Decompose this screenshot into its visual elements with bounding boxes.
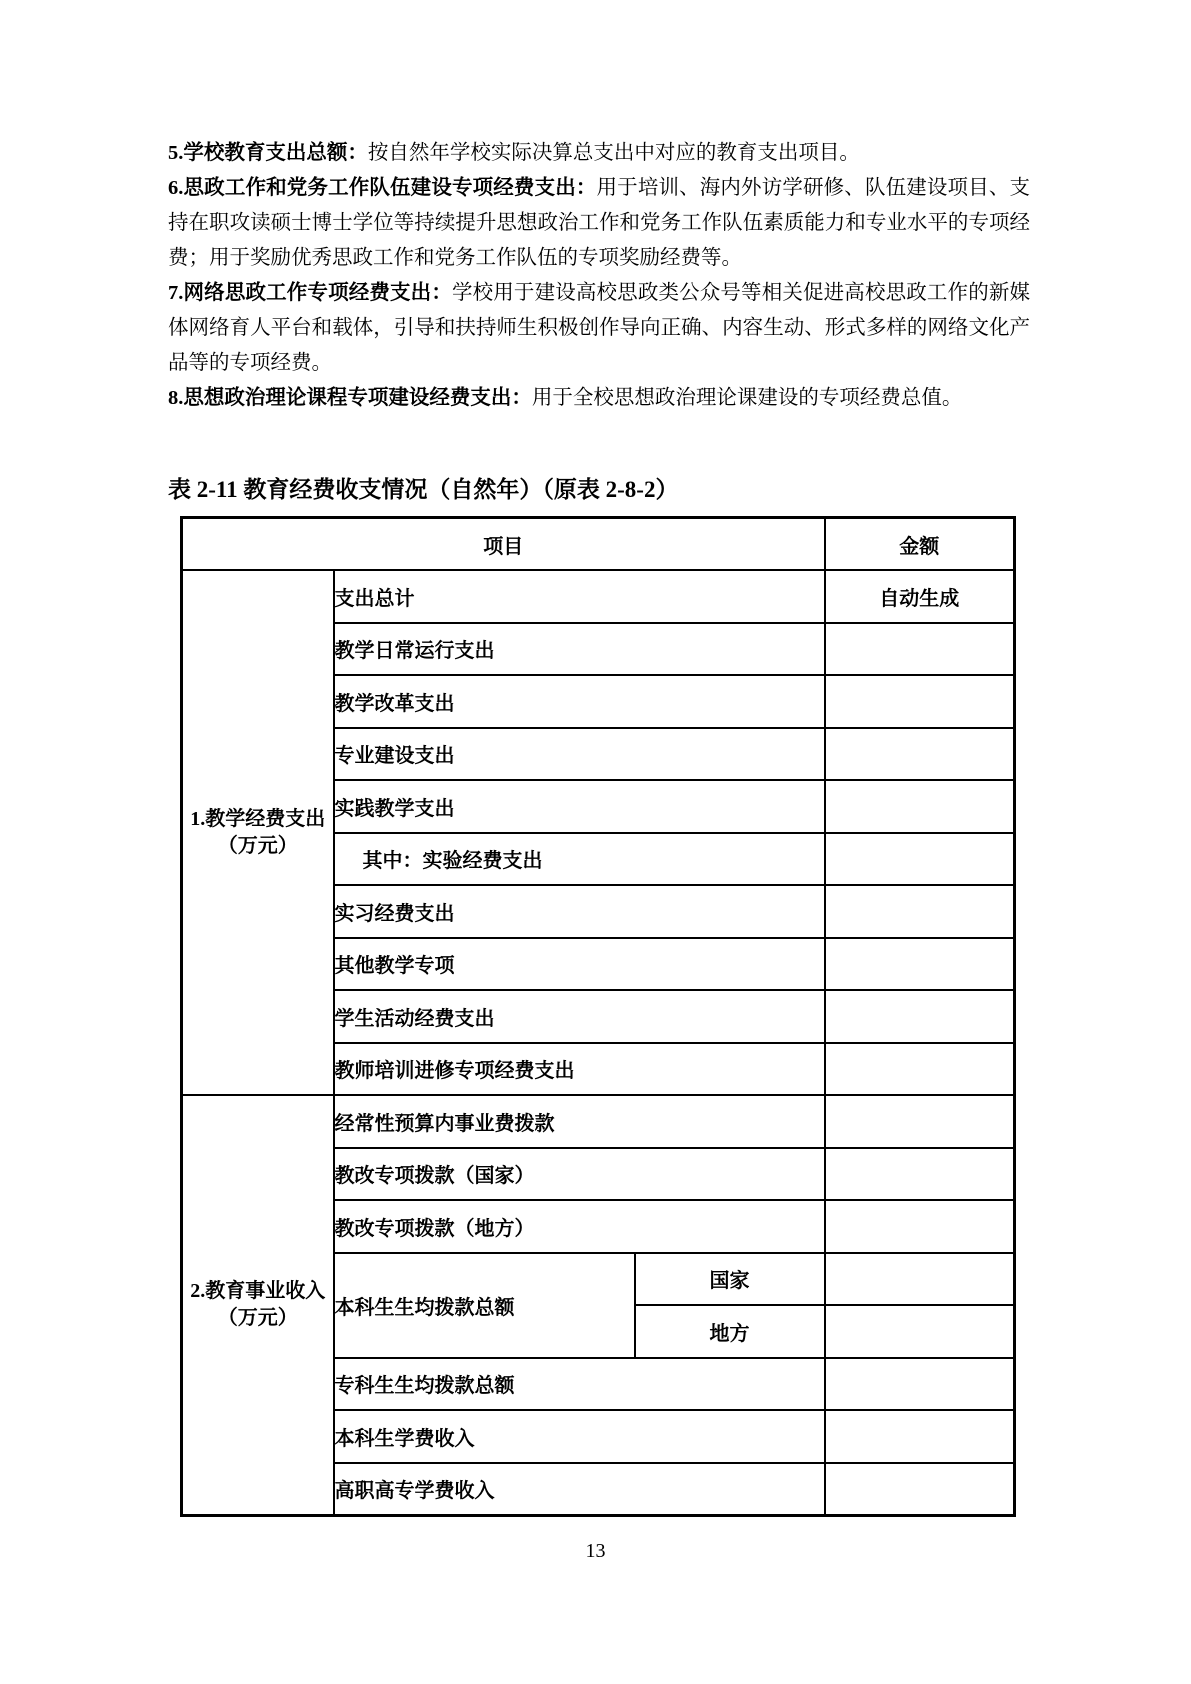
table-title: 表 2-11 教育经费收支情况（自然年）（原表 2-8-2） (168, 476, 1030, 504)
item-cell: 高职高专学费收入 (334, 1463, 825, 1516)
document-page: 5.学校教育支出总额：按自然年学校实际决算总支出中对应的教育支出项目。 6.思政… (0, 0, 1191, 1684)
table-row: 2.教育事业收入 （万元） 经常性预算内事业费拨款 (182, 1095, 1015, 1148)
header-item-cell: 项目 (182, 518, 825, 571)
item-cell: 经常性预算内事业费拨款 (334, 1095, 825, 1148)
group-2-label-line2: （万元） (183, 1305, 333, 1332)
group-1-label-cell: 1.教学经费支出 （万元） (182, 570, 334, 1095)
item-cell: 教学日常运行支出 (334, 623, 825, 676)
item-cell: 实习经费支出 (334, 885, 825, 938)
amount-cell (825, 1095, 1015, 1148)
table-header-row: 项目 金额 (182, 518, 1015, 571)
item-cell: 其他教学专项 (334, 938, 825, 991)
page-content: 5.学校教育支出总额：按自然年学校实际决算总支出中对应的教育支出项目。 6.思政… (168, 136, 1030, 1517)
group-1-label-line1: 1.教学经费支出 (183, 806, 333, 833)
item-cell: 教改专项拨款（国家） (334, 1148, 825, 1201)
paragraph-7: 7.网络思政工作专项经费支出：学校用于建设高校思政类公众号等相关促进高校思政工作… (168, 276, 1030, 381)
amount-cell (825, 1463, 1015, 1516)
amount-cell: 自动生成 (825, 570, 1015, 623)
group-2-label-line1: 2.教育事业收入 (183, 1278, 333, 1305)
paragraph-5-text: 按自然年学校实际决算总支出中对应的教育支出项目。 (368, 142, 860, 164)
amount-cell (825, 675, 1015, 728)
item-cell: 本科生生均拨款总额 (334, 1253, 635, 1358)
amount-cell (825, 1043, 1015, 1096)
amount-cell (825, 728, 1015, 781)
item-cell: 教改专项拨款（地方） (334, 1200, 825, 1253)
item-cell: 学生活动经费支出 (334, 990, 825, 1043)
paragraph-6-label: 6.思政工作和党务工作队伍建设专项经费支出： (168, 177, 597, 199)
item-cell: 教师培训进修专项经费支出 (334, 1043, 825, 1096)
group-2-label-cell: 2.教育事业收入 （万元） (182, 1095, 334, 1515)
subcol-cell: 国家 (635, 1253, 825, 1306)
item-cell: 本科生学费收入 (334, 1410, 825, 1463)
amount-cell (825, 938, 1015, 991)
item-cell: 支出总计 (334, 570, 825, 623)
amount-cell (825, 990, 1015, 1043)
amount-cell (825, 1305, 1015, 1358)
paragraph-7-label: 7.网络思政工作专项经费支出： (168, 282, 452, 304)
amount-cell (825, 833, 1015, 886)
paragraph-5: 5.学校教育支出总额：按自然年学校实际决算总支出中对应的教育支出项目。 (168, 136, 1030, 171)
header-amount-cell: 金额 (825, 518, 1015, 571)
funding-table: 项目 金额 1.教学经费支出 （万元） 支出总计 自动生成 教学日常运行支出 教… (180, 516, 1016, 1517)
paragraph-8-text: 用于全校思想政治理论课建设的专项经费总值。 (532, 387, 963, 409)
paragraph-8: 8.思想政治理论课程专项建设经费支出：用于全校思想政治理论课建设的专项经费总值。 (168, 381, 1030, 416)
amount-cell (825, 1358, 1015, 1411)
table-row: 1.教学经费支出 （万元） 支出总计 自动生成 (182, 570, 1015, 623)
group-1-label-line2: （万元） (183, 833, 333, 860)
amount-cell (825, 1253, 1015, 1306)
amount-cell (825, 1410, 1015, 1463)
paragraph-5-label: 5.学校教育支出总额： (168, 142, 368, 164)
item-cell: 专科生生均拨款总额 (334, 1358, 825, 1411)
amount-cell (825, 1200, 1015, 1253)
item-cell: 教学改革支出 (334, 675, 825, 728)
amount-cell (825, 623, 1015, 676)
subcol-cell: 地方 (635, 1305, 825, 1358)
page-number: 13 (0, 1540, 1191, 1563)
paragraph-8-label: 8.思想政治理论课程专项建设经费支出： (168, 387, 532, 409)
paragraph-6: 6.思政工作和党务工作队伍建设专项经费支出：用于培训、海内外访学研修、队伍建设项… (168, 171, 1030, 276)
amount-cell (825, 1148, 1015, 1201)
item-cell: 实践教学支出 (334, 780, 825, 833)
amount-cell (825, 780, 1015, 833)
item-cell: 专业建设支出 (334, 728, 825, 781)
amount-cell (825, 885, 1015, 938)
item-cell: 其中：实验经费支出 (334, 833, 825, 886)
